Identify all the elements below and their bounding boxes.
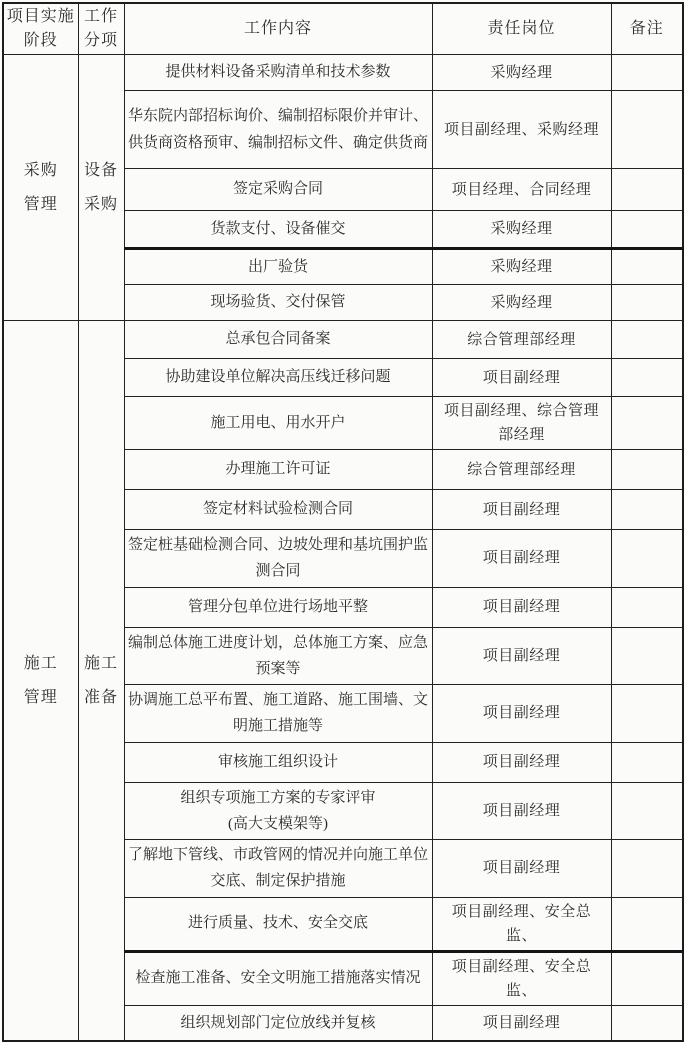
header-phase-column: 项目实施阶段 bbox=[3, 3, 78, 55]
division-label: 施工准备 bbox=[83, 647, 118, 714]
responsible-role-cell: 项目副经理 bbox=[432, 359, 611, 397]
work-content-cell: 签定桩基础检测合同、边坡处理和基坑围护监测合同 bbox=[124, 530, 432, 588]
remark-cell bbox=[611, 897, 683, 951]
responsible-role-cell: 项目副经理 bbox=[432, 840, 611, 898]
remark-cell bbox=[611, 840, 683, 898]
responsible-role-cell: 项目副经理、综合管理部经理 bbox=[432, 397, 611, 450]
responsible-role-cell: 项目经理、合同经理 bbox=[432, 169, 611, 211]
remark-cell bbox=[611, 450, 683, 490]
work-content-cell: 出厂验货 bbox=[124, 249, 432, 285]
responsible-role-cell: 采购经理 bbox=[432, 285, 611, 321]
remark-cell bbox=[611, 285, 683, 321]
responsible-role-cell: 项目副经理 bbox=[432, 742, 611, 782]
table-body: 采购管理设备采购提供材料设备采购清单和技术参数采购经理华东院内部招标询价、编制招… bbox=[3, 55, 683, 1042]
work-content-cell: 华东院内部招标询价、编制招标限价并审计、供货商资格预审、编制招标文件、确定供货商 bbox=[124, 91, 432, 169]
remark-cell bbox=[611, 169, 683, 211]
responsible-role-cell: 项目副经理 bbox=[432, 1005, 611, 1041]
document-page: 项目实施阶段 工作分项 工作内容 责任岗位 备注 采购管理设备采购提供材料设备采… bbox=[0, 0, 684, 991]
responsible-role-cell: 项目副经理 bbox=[432, 530, 611, 588]
responsible-role-cell: 项目副经理 bbox=[432, 490, 611, 530]
responsible-role-cell: 项目副经理 bbox=[432, 685, 611, 743]
table-row: 施工管理施工准备总承包合同备案综合管理部经理 bbox=[3, 321, 683, 359]
header-content-column: 工作内容 bbox=[124, 3, 432, 55]
work-content-cell: 进行质量、技术、安全交底 bbox=[124, 897, 432, 951]
work-content-cell: 总承包合同备案 bbox=[124, 321, 432, 359]
work-content-cell: 提供材料设备采购清单和技术参数 bbox=[124, 55, 432, 91]
remark-cell bbox=[611, 685, 683, 743]
remark-cell bbox=[611, 397, 683, 450]
work-content-cell: 了解地下管线、市政管网的情况并向施工单位交底、制定保护措施 bbox=[124, 840, 432, 898]
responsible-role-cell: 项目副经理 bbox=[432, 627, 611, 685]
responsible-role-cell: 项目副经理、安全总监、 bbox=[432, 897, 611, 951]
remark-cell bbox=[611, 91, 683, 169]
remark-cell bbox=[611, 211, 683, 249]
header-division-column: 工作分项 bbox=[78, 3, 124, 55]
remark-cell bbox=[611, 249, 683, 285]
table-row: 采购管理设备采购提供材料设备采购清单和技术参数采购经理 bbox=[3, 55, 683, 91]
remark-cell bbox=[611, 530, 683, 588]
work-content-cell: 协调施工总平布置、施工道路、施工围墙、文明施工措施等 bbox=[124, 685, 432, 743]
responsible-role-cell: 采购经理 bbox=[432, 55, 611, 91]
phase-cell: 施工管理 bbox=[3, 321, 78, 1042]
header-row: 项目实施阶段 工作分项 工作内容 责任岗位 备注 bbox=[3, 3, 683, 55]
work-content-cell: 管理分包单位进行场地平整 bbox=[124, 587, 432, 627]
phase-cell: 采购管理 bbox=[3, 55, 78, 321]
work-content-cell: 施工用电、用水开户 bbox=[124, 397, 432, 450]
responsible-role-cell: 项目副经理、安全总监、 bbox=[432, 951, 611, 1005]
remark-cell bbox=[611, 742, 683, 782]
work-content-cell: 办理施工许可证 bbox=[124, 450, 432, 490]
division-cell: 施工准备 bbox=[78, 321, 124, 1042]
work-content-cell: 协助建设单位解决高压线迁移问题 bbox=[124, 359, 432, 397]
remark-cell bbox=[611, 359, 683, 397]
remark-cell bbox=[611, 951, 683, 1005]
work-content-cell: 货款支付、设备催交 bbox=[124, 211, 432, 249]
remark-cell bbox=[611, 1005, 683, 1041]
responsible-role-cell: 采购经理 bbox=[432, 211, 611, 249]
responsibility-matrix-table: 项目实施阶段 工作分项 工作内容 责任岗位 备注 采购管理设备采购提供材料设备采… bbox=[2, 2, 684, 1042]
remark-cell bbox=[611, 782, 683, 840]
remark-cell bbox=[611, 55, 683, 91]
responsible-role-cell: 项目副经理 bbox=[432, 782, 611, 840]
work-content-cell: 现场验货、交付保管 bbox=[124, 285, 432, 321]
work-content-cell: 组织专项施工方案的专家评审 (高大支模架等) bbox=[124, 782, 432, 840]
remark-cell bbox=[611, 490, 683, 530]
division-label: 设备采购 bbox=[83, 154, 118, 221]
responsible-role-cell: 综合管理部经理 bbox=[432, 450, 611, 490]
work-content-cell: 签定采购合同 bbox=[124, 169, 432, 211]
division-cell: 设备采购 bbox=[78, 55, 124, 321]
responsible-role-cell: 项目副经理、采购经理 bbox=[432, 91, 611, 169]
work-content-cell: 签定材料试验检测合同 bbox=[124, 490, 432, 530]
remark-cell bbox=[611, 321, 683, 359]
header-role-column: 责任岗位 bbox=[432, 3, 611, 55]
work-content-cell: 编制总体施工进度计划，总体施工方案、应急预案等 bbox=[124, 627, 432, 685]
work-content-cell: 检查施工准备、安全文明施工措施落实情况 bbox=[124, 951, 432, 1005]
work-content-cell: 审核施工组织设计 bbox=[124, 742, 432, 782]
work-content-cell: 组织规划部门定位放线并复核 bbox=[124, 1005, 432, 1041]
responsible-role-cell: 综合管理部经理 bbox=[432, 321, 611, 359]
remark-cell bbox=[611, 587, 683, 627]
phase-label: 施工管理 bbox=[23, 647, 58, 714]
responsible-role-cell: 项目副经理 bbox=[432, 587, 611, 627]
phase-label: 采购管理 bbox=[23, 154, 58, 221]
header-remark-column: 备注 bbox=[611, 3, 683, 55]
responsible-role-cell: 采购经理 bbox=[432, 249, 611, 285]
remark-cell bbox=[611, 627, 683, 685]
